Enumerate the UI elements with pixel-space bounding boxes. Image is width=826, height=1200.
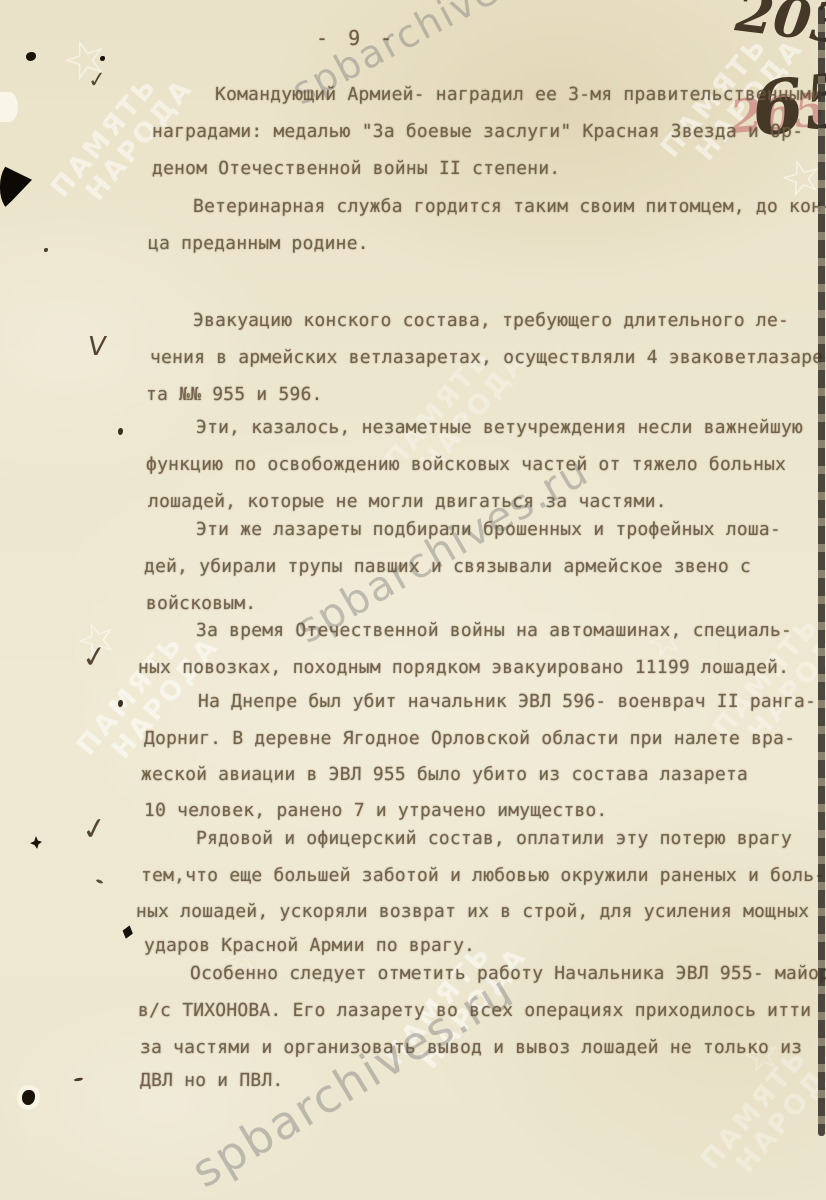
paper-speck: [22, 1090, 35, 1105]
paper-speck: [30, 836, 42, 849]
paper-speck: [118, 428, 123, 435]
typed-line: 10 человек, ранено 7 и утрачено имуществ…: [144, 800, 608, 821]
typed-line: за частями и организовать вывод и вывоз …: [140, 1037, 803, 1058]
page-number: - 9 -: [316, 26, 396, 50]
typed-line: войсковым.: [146, 593, 257, 614]
torn-edge-patch: [0, 92, 18, 122]
typed-line: та №№ 955 и 596.: [146, 384, 323, 405]
typed-line: дей, убирали трупы павших и связывали ар…: [144, 556, 751, 577]
typed-line: Эвакуацию конского состава, требующего д…: [193, 310, 789, 331]
typed-line: чения в армейских ветлазаретах, осуществ…: [150, 347, 826, 368]
scanned-document-page: ☆ ПАМЯТЬ НАРОДА ПАМЯТЬ НАРОДА ☆ ПАМЯТЬ Н…: [0, 0, 826, 1200]
typed-line: Дорниг. В деревне Ягодное Орловской обла…: [144, 728, 795, 749]
typed-line: Командующий Армией- наградил ее 3-мя пра…: [215, 84, 822, 105]
margin-checkmark: ✓: [87, 67, 108, 94]
typed-line: ДВЛ но и ПВЛ.: [140, 1070, 284, 1091]
ink-damage-blot: [0, 160, 32, 212]
typed-line: в/с ТИХОНОВА. Его лазарету во всех опера…: [138, 1000, 812, 1021]
typed-line: ца преданным родине.: [148, 233, 369, 254]
ink-blot-mark: ♦: [116, 920, 138, 946]
typed-line: Эти, казалось, незаметные ветучреждения …: [196, 417, 803, 438]
paper-speck: [74, 1077, 83, 1081]
paper-speck: [26, 52, 36, 61]
paper-speck: [44, 248, 48, 252]
margin-checkmark: ✓: [80, 638, 110, 676]
margin-checkmark: ✓: [79, 810, 110, 849]
typed-line: За время Отечественной войны на автомаши…: [196, 620, 792, 641]
typed-line: На Днепре был убит начальник ЭВЛ 596- во…: [198, 691, 816, 712]
typed-line: Эти же лазареты подбирали брошенных и тр…: [196, 519, 781, 540]
typed-line: ных лошадей, ускоряли возврат их в строй…: [136, 901, 810, 922]
typed-line: наградами: медалью "За боевые заслуги" К…: [152, 121, 803, 142]
typed-line: ударов Красной Армии по врагу.: [144, 935, 475, 956]
typed-line: функцию по освобождению войсковых частей…: [146, 454, 786, 475]
star-watermark-icon: ☆: [54, 24, 117, 95]
typed-line: Рядовой и офицерский состав, оплатили эт…: [196, 828, 792, 849]
typed-line: Особенно следует отметить работу Начальн…: [190, 963, 826, 984]
typed-line: ных повозках, походным порядком эвакуиро…: [138, 657, 789, 678]
scan-edge-strip: [818, 6, 825, 1136]
typed-line: тем,что еще большей заботой и любовью ок…: [141, 865, 826, 886]
typed-line: Ветеринарная служба гордится таким своим…: [193, 196, 826, 217]
typed-line: жеской авиации в ЭВЛ 955 было убито из с…: [141, 764, 748, 785]
paper-speck: [96, 879, 104, 885]
typed-line: лошадей, которые не могли двигаться за ч…: [148, 491, 667, 512]
typed-line: деном Отечественной войны II степени.: [152, 158, 561, 179]
margin-checkmark: V: [86, 332, 108, 362]
